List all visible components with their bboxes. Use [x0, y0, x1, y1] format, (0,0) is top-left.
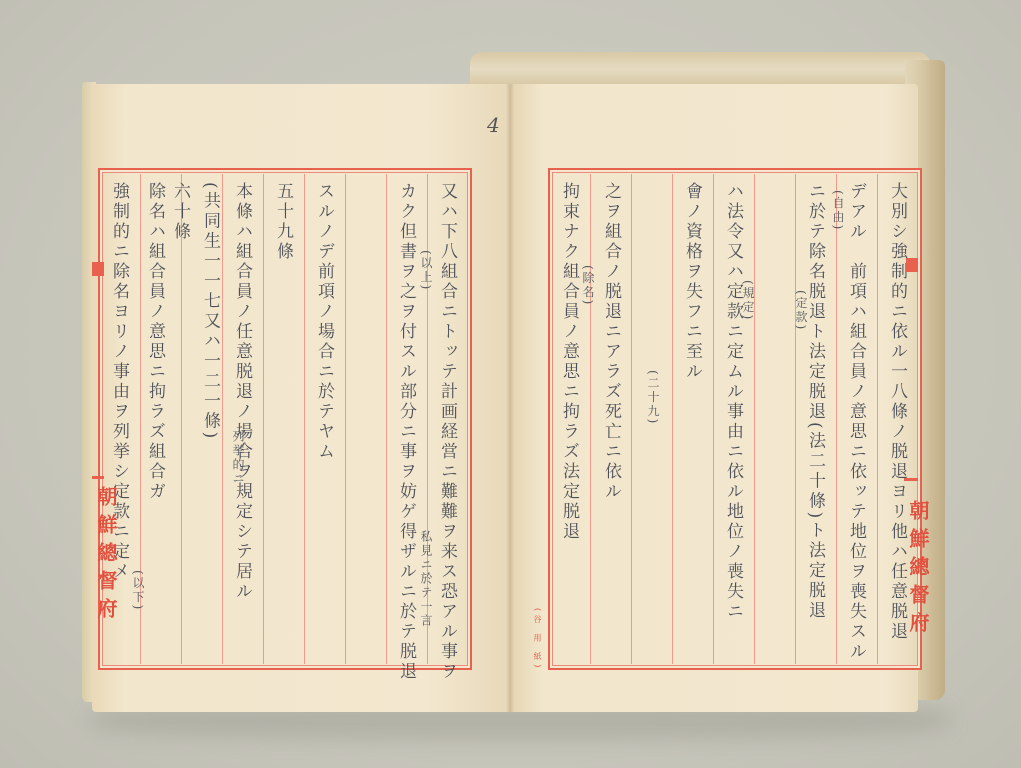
margin-annotation: (規定)	[740, 280, 757, 321]
handwritten-column: 六十條	[171, 182, 188, 242]
handwritten-column: 大別シ強制的ニ依ル一八條ノ脱退ヨリ他ハ任意脱退	[888, 182, 905, 642]
right-ruled-frame: 大別シ強制的ニ依ル一八條ノ脱退ヨリ他ハ任意脱退 デアル 前項ハ組合員ノ意思ニ依ッ…	[548, 168, 922, 670]
ruling-line	[836, 174, 837, 664]
book-gutter	[506, 84, 514, 712]
handwritten-column: 本條ハ組合員ノ任意脱退ノ場合ヲ規定シテ居ル	[233, 182, 250, 602]
handwritten-column: 除名ハ組合員ノ意思ニ拘ラズ組合ガ	[146, 182, 163, 502]
ruling-line	[631, 174, 632, 664]
left-ruled-frame: 又ハ下八組合ニトッテ計画経営ニ難難ヲ来ス恐アル事ヲ カク但書ヲ之ヲ付スル部分ニ事…	[98, 168, 472, 670]
handwritten-column: 之ヲ組合ノ脱退ニアラズ死亡ニ依ル	[602, 182, 619, 502]
ruling-line	[222, 174, 223, 664]
margin-annotation: 私見ニ於テ一言	[418, 530, 435, 628]
handwritten-column: カク但書ヲ之ヲ付スル部分ニ事ヲ妨ゲ得ザルニ於テ脱退	[397, 182, 414, 682]
ruling-line	[795, 174, 796, 664]
margin-annotation: (以上)	[418, 250, 435, 291]
ruling-line	[304, 174, 305, 664]
margin-annotation: 列挙的ニ	[230, 430, 247, 486]
ruling-line	[877, 174, 878, 664]
handwritten-column: デアル 前項ハ組合員ノ意思ニ依ッテ地位ヲ喪失スル	[847, 182, 864, 662]
page-stack-top-edge	[470, 52, 930, 86]
ruling-line	[713, 174, 714, 664]
handwritten-column: 五十九條	[274, 182, 291, 262]
handwritten-column: スルノデ前項ノ場合ニ於テヤム	[315, 182, 332, 462]
ruling-line	[263, 174, 264, 664]
red-margin-tick	[904, 478, 918, 481]
handwritten-column: (共同生一一七又ハ一二一條)	[201, 182, 218, 441]
page-number: 4	[487, 113, 500, 137]
handwritten-column: ハ法令又ハ定款ニ定ムル事由ニ依ル地位ノ喪失ニ	[724, 182, 741, 622]
ruling-line	[181, 174, 182, 664]
red-margin-tick	[92, 476, 104, 479]
handwritten-column: 會ノ資格ヲ失フニ至ル	[683, 182, 700, 382]
ruling-line	[345, 174, 346, 664]
ruled-paper-imprint-left: 朝鮮總督府	[92, 486, 121, 626]
margin-annotation: (自由)	[830, 190, 847, 231]
footer-stamp: (谷 用 紙)	[532, 608, 543, 671]
margin-annotation: (以下)	[130, 570, 147, 611]
handwritten-column: 又ハ下八組合ニトッテ計画経営ニ難難ヲ来ス恐アル事ヲ	[438, 182, 455, 682]
margin-annotation: (除名)	[580, 265, 597, 306]
ruling-line	[386, 174, 387, 664]
ruling-line	[672, 174, 673, 664]
handwritten-column: 拘束ナク組合員ノ意思ニ拘ラズ法定脱退	[560, 182, 577, 542]
ruled-paper-imprint-right: 朝鮮總督府	[904, 500, 933, 640]
red-margin-tab	[92, 262, 104, 276]
ruling-line	[590, 174, 591, 664]
handwritten-column: ニ於テ除名脱退ト法定脱退(法二十條)ト法定脱退	[806, 182, 823, 621]
ruling-line	[754, 174, 755, 664]
margin-annotation: (二十九)	[645, 370, 662, 425]
red-margin-tab	[906, 258, 918, 272]
margin-annotation: (定款)	[793, 290, 810, 331]
